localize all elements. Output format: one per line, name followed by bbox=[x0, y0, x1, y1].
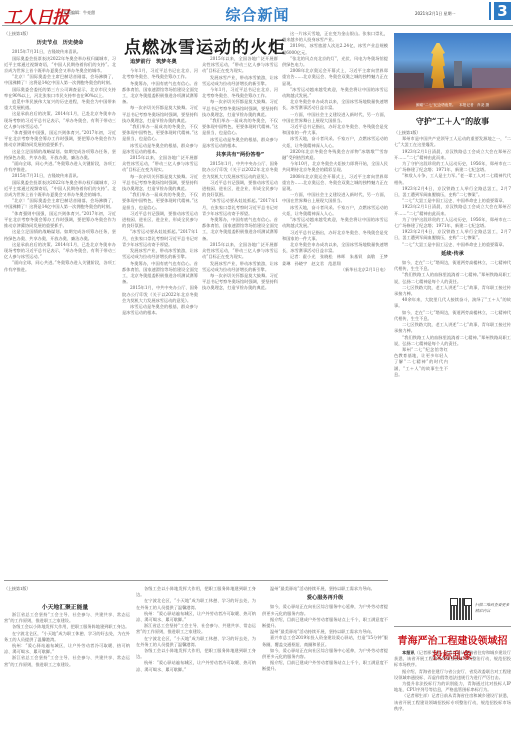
paragraph: 每一次亲切关怀都是莫大鼓舞。习近平总书记考察冬奥场馆时强调，要坚持科技办奥理念，… bbox=[122, 174, 198, 193]
lead-article-col3: 2015年以来，全国各地广泛开展群众性冰雪运动，“带动三亿人参与冰雪运动”目标正… bbox=[202, 56, 278, 576]
paragraph: 温州“最美驿站”活动持续开展，坚持以职工需求为导向。 bbox=[262, 586, 388, 592]
paragraph: 2019年，冰雪旅游人次达2.24亿，冰雪产业总规模超6000亿元。 bbox=[282, 43, 388, 55]
paragraph: 2015年以来，全国各地广泛开展群众性冰雪运动，“带动三亿人参与冰雪运动”目标正… bbox=[122, 155, 198, 174]
qr-code[interactable] bbox=[450, 598, 472, 620]
paragraph: 一方面，中国社会主义建设进入新时代，另一方面，中国在世界舞台上展现大国担当。 bbox=[282, 112, 388, 124]
building-shape bbox=[454, 61, 462, 86]
paragraph: “北京！”国际奥委会主席巴赫话音刚落，会场沸腾了，中国沸腾了！这将是14亿中国人… bbox=[4, 74, 116, 86]
subheading: 历史节点 历史使命 bbox=[4, 40, 116, 46]
bottom-left-label: （上接第1版） bbox=[4, 586, 130, 600]
paragraph: 嘉兴市总工会2019年投入资金建设爱心驿站，打造“15分钟”服务圈，覆盖交通枢纽… bbox=[262, 635, 388, 647]
paragraph: 如今，走在“二七”塔周边，街道两旁高楼林立，二七精神代代相传，生生不息。 bbox=[394, 310, 511, 322]
bottom-left-article-col2: 各级工会以小阵地发挥大作用，把职工服务阵地建到职工身边。 在宁波北仑区，“小天地… bbox=[136, 586, 256, 746]
paragraph: 习近平总书记指出，办好北京冬奥会、冬残奥会是党和国家的一件大事。 bbox=[282, 124, 388, 136]
paragraph: 这一片冰天雪地，正在变为金山银山。张家口崇礼，越来越多的人投身冰雪产业。 bbox=[282, 31, 388, 43]
paragraph: “我们举办一届成功的冬奥会，不仅要体现中国特色，更要体现时代精神。”这是担当，也… bbox=[202, 118, 278, 137]
paragraph: 据介绍，目前已建成户外劳动者服务站点上千个，职工满意度不断提升。 bbox=[262, 617, 388, 629]
paragraph: 各级工会以小阵地发挥大作用，把职工服务阵地建到职工身边。 bbox=[4, 624, 130, 630]
paragraph: “体育强则中国强，国运兴则体育兴。”2017年初，习近平在北京考察冬奥会筹办工作… bbox=[4, 211, 116, 230]
subheading: 延续·传承 bbox=[394, 251, 511, 257]
photo-caption: 俯瞰“二七”纪念塔夜景。 本报记者 肖尧 摄 bbox=[394, 103, 511, 108]
subheading: 追梦前行 筑梦冬奥 bbox=[122, 59, 198, 65]
paragraph: 浙江省总工会坚持“工会主导、社会参与、共建共享、常态运营”的工作原则，推进职工之… bbox=[136, 623, 256, 635]
continued-label: （上接第1版） bbox=[4, 586, 130, 592]
paragraph: “我们举办一届成功的冬奥会，不仅要体现中国特色，更要体现时代精神。”这是担当，也… bbox=[122, 192, 198, 211]
paragraph: 冬奥筹办，中国有底气也有信心。首都体育馆、国家速滑馆等场馆建设全面完工，北京冬奥… bbox=[122, 81, 198, 106]
paragraph: “体育强则中国强，国运兴则体育兴。”2017年初，习近平在北京考察冬奥会筹办工作… bbox=[4, 130, 116, 149]
paragraph: “面向全球，同心共进。”冬奥筹办进入关键阶段，各项工作有序推进。 bbox=[4, 260, 116, 272]
paragraph: 据介绍，青海省住建厅与省公安厅、省发改委联合对工程建设领域串通投标、弄虚作假等违… bbox=[394, 669, 511, 681]
paragraph: “冰雪运动越来越受欢迎，冬奥会将让中国的冰雪运动跨越式发展。” bbox=[282, 217, 388, 229]
paragraph: 如今，爱心驿站正在向社区综合服务中心延伸，为户外劳动者提供更多元化的服务内容。 bbox=[262, 604, 388, 616]
paragraph: “冰雪运动越来越受欢迎，冬奥会将让中国的冰雪运动跨越式发展。” bbox=[282, 87, 388, 99]
paragraph: 今年10月，北京冬奥会火炬接力即将开始，全国人民共同期待北京冬奥会的精彩呈现。 bbox=[282, 161, 388, 173]
right-article-body: （上接第1版） 郑州市是中国共产党领导工人运动的重要发源地之一，“二七”大罢工在… bbox=[394, 130, 511, 592]
paragraph: 今年1月，习近平总书记在北京、河北考察冬奥会、冬残奥会筹办工作。 bbox=[122, 68, 198, 80]
paragraph: 北京冬奥会申办成功以来，全国冰雪场地数量快速增长，冰雪赛事活动日益丰富。 bbox=[282, 242, 388, 254]
masthead-divider bbox=[2, 25, 513, 26]
page-number-badge: 3 bbox=[494, 2, 511, 20]
paragraph: 在宁波北仑区，“小天地”成为职工休憩、学习的好去处，为在外务工的人员提供了温馨港… bbox=[136, 636, 256, 648]
paragraph: 一方面，中国社会主义建设进入新时代，另一方面，中国在世界舞台上展现大国担当。 bbox=[282, 192, 388, 204]
paragraph: 1923年2月4日，京汉铁路工人举行全路总罢工，2月7日，罢工遭到军阀血腥镇压，… bbox=[394, 186, 511, 198]
paragraph: 杭州：“爱心驿站遍布城区，让户外劳动者冷可取暖、热可纳凉、渴可喝水、累可歇脚。” bbox=[136, 660, 256, 672]
paragraph: 这是立足国情的战略谋划。如期完成各项筹办任务，坚持绿色办奥、共享办奥、开放办奥、… bbox=[4, 149, 116, 161]
paragraph: 杭州：“爱心驿站遍布城区，让户外劳动者冷可取暖、热可纳凉、渴可喝水、累可歇脚。” bbox=[136, 611, 256, 623]
paragraph: 二七区铁路大院，老工人讲述“二七”故事，青年职工接过传承接力棒。 bbox=[394, 285, 511, 297]
dateline: 本报讯 bbox=[402, 650, 415, 655]
right-headline[interactable]: 守护“工＋人”的故事 bbox=[394, 116, 511, 127]
paragraph: 各级工会以小阵地发挥大作用，把职工服务阵地建到职工身边。 bbox=[136, 586, 256, 598]
paragraph: 冬奥筹办，中国有底气也有信心。首都体育馆、国家速滑馆等场馆建设全面完工，北京冬奥… bbox=[202, 217, 278, 242]
paragraph: 今年1月，习近平总书记在北京、河北考察冬奥会、冬残奥会筹办工作。 bbox=[202, 87, 278, 99]
paragraph: “张北的风点亮北京的灯”，光伏、风电为冬奥场馆提供绿色电力。 bbox=[282, 56, 388, 68]
paragraph: 1923年2月1日清晨，京汉铁路总工会成立大会在郑州召开……“二七”精神由此而来… bbox=[394, 204, 511, 216]
masthead: 工人日报 本版编辑：牛亮甜 综合新闻 2021年2月1日 星期一 3 bbox=[0, 0, 515, 26]
paragraph: “冰雪运动要从娃娃抓起。”2017年1月，在张家口崇礼考察时习近平总书记对青少年… bbox=[122, 229, 198, 248]
paragraph: “冰雪运动要从娃娃抓起。”2017年1月，在张家口崇礼考察时习近平总书记对青少年… bbox=[202, 198, 278, 217]
paragraph: 冰雪运动是冬奥会的根基，群众参与是冰雪运动的根本。 bbox=[202, 137, 278, 149]
bottom-left-article-body: 浙江省总工会坚持“工会主导、社会参与、共建共享、常态运营”的工作原则，推进职工之… bbox=[4, 612, 130, 746]
bottom-right-article-body: 本报讯（记者邢生祥）记者日前从青海省住房和城乡建设厅获悉，该省开展工程建设领域招… bbox=[394, 650, 511, 746]
paragraph: 杭州：“爱心驿站遍布城区，让户外劳动者冷可取暖、热可纳凉、渴可喝水、累可歇脚。” bbox=[4, 643, 130, 655]
news-photo[interactable]: 俯瞰“二七”纪念塔夜景。 本报记者 肖尧 摄 bbox=[394, 33, 511, 110]
paragraph: 为提升非法投标行为的识别能力，青海通过比对投标人IP地址、CPU序列号等信息，严… bbox=[394, 681, 511, 693]
paragraph: 如今，爱心驿站正在向社区综合服务中心延伸，为户外劳动者提供更多元化的服务内容。 bbox=[262, 648, 388, 660]
paragraph: 2020年北京冬奥会冬残奥会吉祥物“冰墩墩”“雪容融”受到热烈欢迎。 bbox=[282, 149, 388, 161]
qr-caption: 扫描二维码查看更多精彩内容 bbox=[475, 602, 511, 613]
section-divider bbox=[4, 580, 388, 581]
paragraph: 这是立足国情的战略谋划。如期完成各项筹办任务，坚持绿色办奥、共享办奥、开放办奥、… bbox=[4, 229, 116, 241]
subheading: 爱心服务再升级 bbox=[262, 595, 388, 601]
paragraph: “面向全球，同心共进。”冬奥筹办进入关键阶段，各项工作有序推进。 bbox=[4, 161, 116, 173]
paragraph: 据介绍，目前已建成户外劳动者服务站点上千个，职工满意度不断提升。 bbox=[262, 660, 388, 672]
section-divider bbox=[394, 626, 511, 627]
paragraph: “和敌人斗争，工人是主力军。”老一辈工人对二七精神代代相传。 bbox=[394, 173, 511, 185]
continued-label: （上接第1版） bbox=[4, 31, 116, 37]
paragraph: 这是承前启后的决策。2014年1月，已赴北京冬奥申办现场考察的习近平总书记表示，… bbox=[4, 242, 116, 261]
paragraph: 国际奥委会投票表决2022年冬奥会举办权归属城市，习近平主席通过视频寄语，“中国… bbox=[4, 56, 116, 75]
paragraph: 每一次亲切关怀都是莫大鼓舞。习近平总书记考察冬奥场馆时强调，要坚持科技办奥理念，… bbox=[122, 105, 198, 124]
paragraph: 2015年以来，全国各地广泛开展群众性冰雪运动，“带动三亿人参与冰雪运动”目标正… bbox=[202, 56, 278, 75]
paragraph: “我们举办一届成功的冬奥会，不仅要体现中国特色，更要体现时代精神。”这是担当，也… bbox=[122, 124, 198, 143]
paragraph: 二七区铁路大院，老工人讲述“二七”故事，青年职工接过传承接力棒。 bbox=[394, 322, 511, 334]
paragraph: “我们铁路工人的血脉里流淌着二七精神。”郑州铁路局职工说，弘扬二七精神是每个人的… bbox=[394, 335, 511, 347]
paragraph: 各级工会以小阵地发挥大作用，把职工服务阵地建到职工身边。 bbox=[136, 648, 256, 660]
bottom-mid-article: 温州“最美驿站”活动持续开展，坚持以职工需求为导向。 爱心服务再升级 如今，爱心… bbox=[262, 586, 388, 746]
paragraph: 2015年1月，中共中央办公厅、国务院办公厅印发《关于以2022年北京冬奥会为契… bbox=[202, 161, 278, 180]
paragraph: 2015年以来，全国各地广泛开展群众性冰雪运动，“带动三亿人参与冰雪运动”目标正… bbox=[202, 242, 278, 261]
erqi-tower-shape bbox=[431, 43, 445, 93]
paragraph: 每一次亲切关怀都是莫大鼓舞。习近平总书记考察冬奥场馆时强调，要坚持科技办奥理念，… bbox=[202, 273, 278, 292]
paragraph: 郑州市是中国共产党领导工人运动的重要发源地之一，“二七”大罢工在这里爆发。 bbox=[394, 136, 511, 148]
reporter-credits: 记者：霍小光 张晓松 林晖 朱基钗 高敬 王梦 姜琳 孙晓宇 赵文君 范思翔 bbox=[282, 254, 388, 266]
paragraph: 2015年1月，中共中央办公厅、国务院办公厅印发《关于以2022年北京冬奥会为契… bbox=[122, 285, 198, 304]
lead-article-col2: 追梦前行 筑梦冬奥 今年1月，习近平总书记在北京、河北考察冬奥会、冬残奥会筹办工… bbox=[122, 56, 198, 576]
paragraph: 发展冰雪产业，带动冰雪旅游，让冰雪运动成为拉动经济增长的新引擎。 bbox=[202, 261, 278, 273]
paragraph: 习近平总书记强调，要推动冰雪运动进校园、进社区、进企业，形成全民参与的良好氛围。 bbox=[202, 180, 278, 199]
paragraph: 习近平总书记强调，要推动冰雪运动进校园、进社区、进企业，形成全民参与的良好氛围。 bbox=[122, 211, 198, 230]
paragraph: “二七”大罢工是中国工运史、中国革命史上的重要篇章。 bbox=[394, 242, 511, 248]
paragraph: 习近平总书记指出，办好北京冬奥会、冬残奥会是党和国家的一件大事。 bbox=[282, 230, 388, 242]
paragraph: 为了守护这段珍贵的工人运动历史，1956年，郑州市在二七广场修建了纪念塔；197… bbox=[394, 161, 511, 173]
paragraph: 1923年2月1日清晨，京汉铁路总工会成立大会在郑州召开……“二七”精神由此而来… bbox=[394, 149, 511, 161]
paragraph: “北京！”国际奥委会主席巴赫话音刚落，会场沸腾了，中国沸腾了！这将是14亿中国人… bbox=[4, 198, 116, 210]
paragraph: 发展冰雪产业，带动冰雪旅游，让冰雪运动成为拉动经济增长的新引擎。 bbox=[202, 75, 278, 87]
paragraph: 冰雪运动是冬奥会的根基，群众参与是冰雪运动的根本。 bbox=[122, 143, 198, 155]
paragraph: 40余年来，大院里几代人接续奋斗，演绎了“工＋人”的故事。 bbox=[394, 297, 511, 309]
paragraph: 发展冰雪产业，带动冰雪旅游，让冰雪运动成为拉动经济增长的新引擎。 bbox=[122, 248, 198, 260]
paragraph: 1923年2月4日，京汉铁路工人举行全路总罢工，2月7日，罢工遭到军阀血腥镇压，… bbox=[394, 229, 511, 241]
bottom-left-headline[interactable]: 小天地汇聚正能量 bbox=[0, 602, 130, 611]
lead-article-col4: 这一片冰天雪地，正在变为金山银山。张家口崇礼，越来越多的人投身冰雪产业。 201… bbox=[282, 31, 388, 576]
subheading: 共享共有“两份答卷” bbox=[202, 152, 278, 158]
paragraph: 如今，走在“二七”塔周边，街道两旁高楼林立，二七精神代代相传，生生不息。 bbox=[394, 260, 511, 272]
paragraph: 郑州“二七”纪念馆等红色教育基地，让更多年轻人了解“二七精神”的时代内涵，“工＋… bbox=[394, 347, 448, 378]
paragraph: 北京冬奥会申办成功以来，全国冰雪场地数量快速增长，冰雪赛事活动日益丰富。 bbox=[282, 99, 388, 111]
paragraph: 本报讯（记者邢生祥）记者日前从青海省住房和城乡建设厅获悉，该省开展工程建设领域招… bbox=[394, 650, 511, 669]
paragraph: 每一次亲切关怀都是莫大鼓舞。习近平总书记考察冬奥场馆时强调，要坚持科技办奥理念，… bbox=[202, 99, 278, 118]
paragraph: 国际奥委会委托的第三方公司调查显示，北京市民支持率在90%以上，河北张家口市民支… bbox=[4, 87, 116, 99]
paragraph: 2008年北京奥运会开幕式上，习近平主席向世界郑重宣告……北京奥运会、冬奥会双奥… bbox=[282, 68, 388, 87]
paragraph: 浙江省总工会坚持“工会主导、社会参与、共建共享、常态运营”的工作原则，推进职工之… bbox=[4, 655, 130, 667]
paragraph: 在宁波北仑区，“小天地”成为职工休憩、学习的好去处，为在外务工的人员提供了温馨港… bbox=[4, 631, 130, 643]
lead-headline[interactable]: 点燃冰雪运动的火炬 bbox=[120, 33, 290, 58]
paragraph: “我们铁路工人的血脉里流淌着二七精神。”郑州铁路局职工说，弘扬二七精神是每个人的… bbox=[394, 272, 511, 284]
paragraph: 2008年北京奥运会开幕式上，习近平主席向世界郑重宣告……北京奥运会、冬奥会双奥… bbox=[282, 174, 388, 193]
paragraph: 冬奥筹办，中国有底气也有信心。首都体育馆、国家速滑馆等场馆建设全面完工，北京冬奥… bbox=[122, 261, 198, 286]
byline: （新华社北京2月1日电） bbox=[282, 267, 388, 273]
paragraph: 为了守护这段珍贵的工人运动历史，1956年，郑州市在二七广场修建了纪念塔；197… bbox=[394, 217, 511, 229]
paragraph: 在宁波北仑区，“小天地”成为职工休憩、学习的好去处，为在外务工的人员提供了温馨港… bbox=[136, 598, 256, 610]
paragraph: 浙江省总工会坚持“工会主导、社会参与、共建共享、常态运营”的工作原则，推进职工之… bbox=[4, 612, 130, 624]
paragraph: 追觅中华民族伟大复兴的历史进程，冬奥会为中国带来重大发展机遇。 bbox=[4, 99, 116, 111]
paragraph: （记者邢生祥）记者日前从青海省住房和城乡建设厅获悉，该省开展工程建设领域招投标专… bbox=[394, 693, 511, 712]
paragraph: 冰雪天地，奋斗者风采。千家万户，点燃冰雪运动的火炬，让冬奥精神深入人心。 bbox=[282, 136, 388, 148]
paragraph: 冰雪运动是冬奥会的根基，群众参与是冰雪运动的根本。 bbox=[122, 304, 198, 316]
paragraph: 国际奥委会投票表决2022年冬奥会举办权归属城市，习近平主席通过视频寄语，“中国… bbox=[4, 180, 116, 199]
paragraph: 冰雪天地，奋斗者风采。千家万户，点燃冰雪运动的火炬，让冬奥精神深入人心。 bbox=[282, 205, 388, 217]
issue-date: 2021年2月1日 星期一 bbox=[415, 11, 456, 17]
lead-article-col1: （上接第1版） 历史节点 历史使命 2015年7月31日，吉隆坡传来喜讯。 国际… bbox=[4, 31, 116, 576]
paragraph: 这是承前启后的决策。2014年1月，已赴北京冬奥申办现场考察的习近平总书记表示，… bbox=[4, 111, 116, 130]
